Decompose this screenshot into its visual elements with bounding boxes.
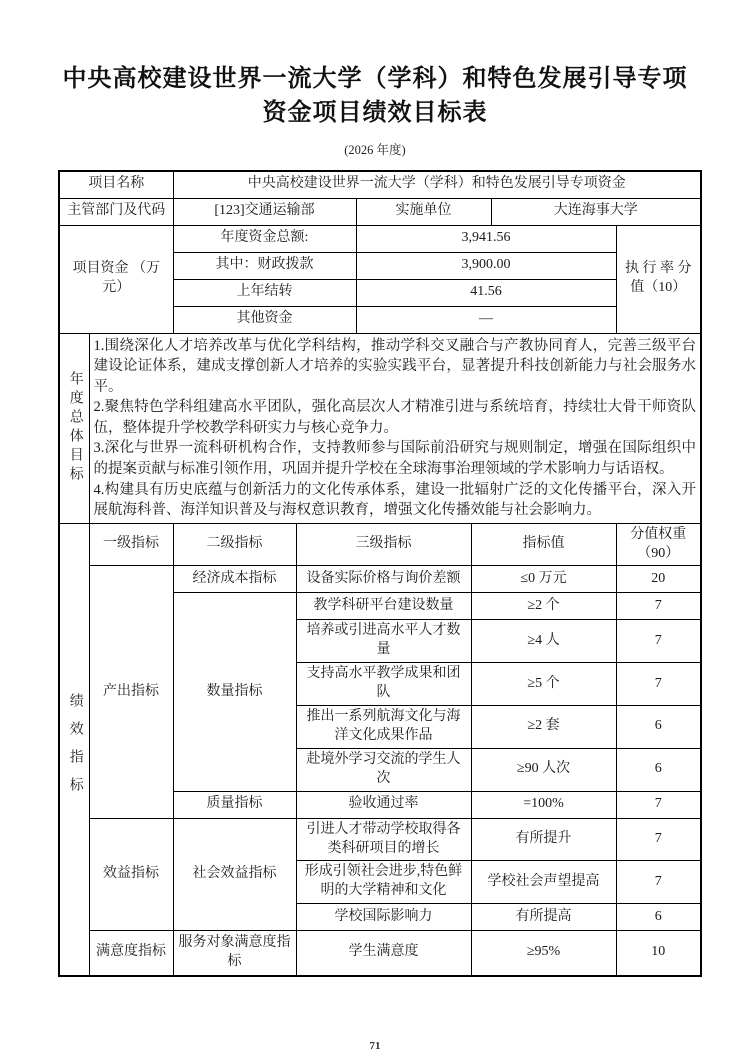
level3-indicator: 验收通过率 bbox=[296, 791, 471, 818]
level1-satisfaction: 满意度指标 bbox=[89, 931, 173, 976]
indicator-value: ≥2 套 bbox=[471, 706, 616, 749]
indicator-weight: 6 bbox=[616, 904, 701, 931]
indicators-section-label: 绩效指标 bbox=[59, 523, 89, 975]
project-name-value: 中央高校建设世界一流大学（学科）和特色发展引导专项资金 bbox=[173, 171, 701, 198]
indicator-header-row: 绩效指标 一级指标 二级指标 三级指标 指标值 分值权重（90） bbox=[59, 523, 701, 566]
level3-indicator: 设备实际价格与询价差额 bbox=[296, 566, 471, 593]
indicator-value: 学校社会声望提高 bbox=[471, 861, 616, 904]
budget-label: 项目资金 （万元） bbox=[59, 225, 173, 333]
annual-goal-item: 1.围绕深化人才培养改革与优化学科结构，推动学科交叉融合与产教协同育人，完善三级… bbox=[94, 336, 697, 398]
budget-other-label: 其他资金 bbox=[173, 306, 356, 333]
budget-carryover-label: 上年结转 bbox=[173, 279, 356, 306]
dept-code-value: [123]交通运输部 bbox=[173, 198, 356, 225]
annual-goal-item: 4.构建具有历史底蕴与创新活力的文化传承体系，建设一批辐射广泛的文化传播平台，深… bbox=[94, 480, 697, 521]
header-level2: 二级指标 bbox=[173, 523, 296, 566]
level2-quality: 质量指标 bbox=[173, 791, 296, 818]
level2-social-benefit: 社会效益指标 bbox=[173, 818, 296, 931]
annual-goals-text: 1.围绕深化人才培养改革与优化学科结构，推动学科交叉融合与产教协同育人，完善三级… bbox=[89, 333, 701, 523]
execution-rate-label: 执 行 率 分值（10） bbox=[616, 225, 701, 333]
budget-fiscal-label: 其中：财政拨款 bbox=[173, 252, 356, 279]
annual-goals-label: 年度总体目标 bbox=[59, 333, 89, 523]
title-block: 中央高校建设世界一流大学（学科）和特色发展引导专项 资金项目绩效目标表 (202… bbox=[0, 0, 750, 158]
indicator-weight: 7 bbox=[616, 620, 701, 663]
indicator-weight: 20 bbox=[616, 566, 701, 593]
header-level1: 一级指标 bbox=[89, 523, 173, 566]
budget-row-total: 项目资金 （万元） 年度资金总额: 3,941.56 执 行 率 分值（10） bbox=[59, 225, 701, 252]
indicator-value: ≥2 个 bbox=[471, 593, 616, 620]
indicator-value: =100% bbox=[471, 791, 616, 818]
indicator-weight: 7 bbox=[616, 861, 701, 904]
indicator-weight: 7 bbox=[616, 791, 701, 818]
level3-indicator: 学生满意度 bbox=[296, 931, 471, 976]
indicator-value: ≥90 人次 bbox=[471, 748, 616, 791]
budget-carryover-value: 41.56 bbox=[356, 279, 616, 306]
project-name-row: 项目名称 中央高校建设世界一流大学（学科）和特色发展引导专项资金 bbox=[59, 171, 701, 198]
budget-other-value: — bbox=[356, 306, 616, 333]
indicator-value: 有所提高 bbox=[471, 904, 616, 931]
indicator-row: 满意度指标 服务对象满意度指标 学生满意度 ≥95% 10 bbox=[59, 931, 701, 976]
document-page: 中央高校建设世界一流大学（学科）和特色发展引导专项 资金项目绩效目标表 (202… bbox=[0, 0, 750, 1060]
level2-quantity: 数量指标 bbox=[173, 593, 296, 791]
project-name-label: 项目名称 bbox=[59, 171, 173, 198]
level3-indicator: 支持高水平教学成果和团队 bbox=[296, 663, 471, 706]
indicator-weight: 7 bbox=[616, 593, 701, 620]
indicator-weight: 6 bbox=[616, 748, 701, 791]
dept-code-label: 主管部门及代码 bbox=[59, 198, 173, 225]
indicator-row: 效益指标 社会效益指标 引进人才带动学校取得各类科研项目的增长 有所提升 7 bbox=[59, 818, 701, 861]
level3-indicator: 引进人才带动学校取得各类科研项目的增长 bbox=[296, 818, 471, 861]
indicator-weight: 10 bbox=[616, 931, 701, 976]
annual-goals-row: 年度总体目标 1.围绕深化人才培养改革与优化学科结构，推动学科交叉融合与产教协同… bbox=[59, 333, 701, 523]
unit-label: 实施单位 bbox=[356, 198, 491, 225]
document-title-line1: 中央高校建设世界一流大学（学科）和特色发展引导专项 bbox=[0, 62, 750, 96]
level3-indicator: 推出一系列航海文化与海洋文化成果作品 bbox=[296, 706, 471, 749]
budget-fiscal-value: 3,900.00 bbox=[356, 252, 616, 279]
level2-service-satisfaction: 服务对象满意度指标 bbox=[173, 931, 296, 976]
unit-value: 大连海事大学 bbox=[491, 198, 701, 225]
dept-unit-row: 主管部门及代码 [123]交通运输部 实施单位 大连海事大学 bbox=[59, 198, 701, 225]
indicator-weight: 7 bbox=[616, 663, 701, 706]
page-number: 71 bbox=[0, 1040, 750, 1052]
level1-output: 产出指标 bbox=[89, 566, 173, 818]
indicator-row: 产出指标 经济成本指标 设备实际价格与询价差额 ≤0 万元 20 bbox=[59, 566, 701, 593]
header-value: 指标值 bbox=[471, 523, 616, 566]
level3-indicator: 赴境外学习交流的学生人次 bbox=[296, 748, 471, 791]
level3-indicator: 形成引领社会进步,特色鲜明的大学精神和文化 bbox=[296, 861, 471, 904]
indicator-value: 有所提升 bbox=[471, 818, 616, 861]
indicator-value: ≥5 个 bbox=[471, 663, 616, 706]
budget-total-value: 3,941.56 bbox=[356, 225, 616, 252]
indicator-value: ≥95% bbox=[471, 931, 616, 976]
level3-indicator: 学校国际影响力 bbox=[296, 904, 471, 931]
indicator-weight: 6 bbox=[616, 706, 701, 749]
indicator-value: ≥4 人 bbox=[471, 620, 616, 663]
indicator-value: ≤0 万元 bbox=[471, 566, 616, 593]
header-weight: 分值权重（90） bbox=[616, 523, 701, 566]
indicator-weight: 7 bbox=[616, 818, 701, 861]
annual-goal-item: 3.深化与世界一流科研机构合作，支持教师参与国际前沿研究与规则制定，增强在国际组… bbox=[94, 438, 697, 479]
level3-indicator: 培养或引进高水平人才数量 bbox=[296, 620, 471, 663]
level3-indicator: 教学科研平台建设数量 bbox=[296, 593, 471, 620]
level1-benefit: 效益指标 bbox=[89, 818, 173, 931]
document-subtitle-year: (2026 年度) bbox=[0, 140, 750, 158]
document-title-line2: 资金项目绩效目标表 bbox=[0, 96, 750, 130]
level2-cost: 经济成本指标 bbox=[173, 566, 296, 593]
performance-target-table: 项目名称 中央高校建设世界一流大学（学科）和特色发展引导专项资金 主管部门及代码… bbox=[58, 170, 702, 977]
header-level3: 三级指标 bbox=[296, 523, 471, 566]
budget-total-label: 年度资金总额: bbox=[173, 225, 356, 252]
annual-goal-item: 2.聚焦特色学科组建高水平团队，强化高层次人才精准引进与系统培育，持续壮大骨干师… bbox=[94, 397, 697, 438]
